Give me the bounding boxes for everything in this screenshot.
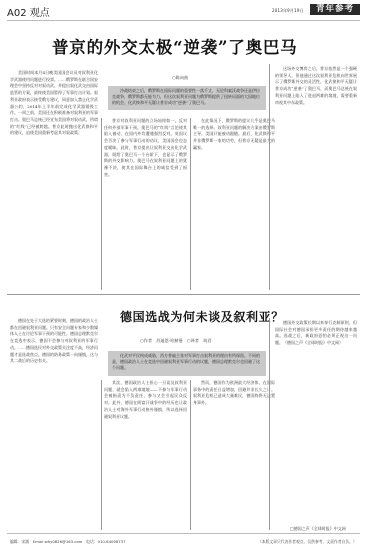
column-divider	[101, 118, 102, 290]
column-divider	[101, 380, 102, 530]
source-credit: □德国之声《全球时报》中文网	[290, 526, 346, 532]
article2-paragraph: 其次，德国政治人士担心一旦谈及叙利亚问题，就会陷入两难境地——不参与军事行动会被…	[104, 380, 187, 420]
article1-column-1: 美国时间本月4日晚美国国会议员对叙利亚化学武器使用问题进行投票。……俄罗斯在联合…	[10, 70, 98, 290]
masthead-logo: 青年参考	[310, 4, 360, 15]
article1-byline: ○陈向曲	[172, 75, 188, 81]
article2-column-3: 然而，德国作为欧洲最大经济体，在国际事务中的责任日益增加，回避并非长久之计。叙利…	[193, 380, 275, 530]
issue-date: 2013年9月19日	[272, 8, 304, 14]
article2-column-2: 其次，德国政治人士担心一旦谈及叙利亚问题，就会陷入两难境地——不参与军事行动会被…	[104, 380, 187, 530]
page-header: A02 观点 2013年9月19日 青年参考	[7, 0, 360, 21]
article1-paragraph: 这场外交博弈之后，普京依然是一个强硬的领导人，但他通过这次叙利亚危机向世界展示了…	[275, 66, 357, 106]
column-divider	[269, 64, 270, 290]
article2-paragraph: 然而，德国作为欧洲最大经济体，在国际事务中的责任日益增加，回避并非长久之计。叙利…	[193, 380, 275, 407]
article1-column-2: 普京对叙利亚问题的立场始终如一，反对任何外部军事干预。奥巴马的“红线”言论使其陷…	[104, 118, 187, 290]
article1-headline: 普京的外交太极“逆袭”了奥巴马	[52, 34, 297, 58]
section-label: A02 观点	[7, 4, 50, 19]
article1-paragraph: 普京对叙利亚问题的立场始终如一，反对任何外部军事干预。奥巴马的“红线”言论使其陷…	[104, 118, 187, 178]
section-divider	[7, 294, 360, 295]
article2-column-1: 德国在处于大选的紧要时刻，德国的政治人士都在回避叙利亚问题。只有安全问题专家和少…	[10, 318, 98, 530]
column-divider	[269, 318, 270, 530]
article1-paragraph: 在此情况下，俄罗斯的提议几乎是奥巴马唯一的选择。叙利亚问题的解决方案由俄罗斯主导…	[193, 118, 275, 152]
disclaimer: （本版文章只代表作者观点，仅供参考，文责作者自负。）	[258, 539, 357, 545]
article1-paragraph: 美国时间本月4日晚美国国会议员对叙利亚化学武器使用问题进行投票。……俄罗斯在联合…	[10, 70, 98, 137]
editor-info: 编辑：宋涵 Email:why0826@163.com 电话：010-64098…	[10, 539, 126, 545]
article1-column-3: 在此情况下，俄罗斯的提议几乎是奥巴马唯一的选择。叙利亚问题的解决方案由俄罗斯主导…	[193, 118, 275, 290]
article2-byline: ○作者 苏迪恩·哈赫曼 ○译者 筑君	[140, 338, 211, 344]
article2-summary: 化武对平民构成威胁，西方普遍主张对军事打击叙利亚的理由有所保留。不同的是，德国政…	[108, 351, 266, 376]
article2-paragraph: 德国在处于大选的紧要时刻，德国的政治人士都在回避叙利亚问题。只有安全问题专家和少…	[10, 318, 98, 365]
footer-divider	[7, 533, 360, 534]
article2-column-4: 德国外交政策长期以来奉行克制原则，但国际社会对德国承担更多责任的期待越来越高。选…	[275, 320, 357, 524]
column-divider	[190, 380, 191, 530]
article1-summary: 冷战结束之后，俄罗斯在国际问题的重要性一落千丈，无论科索沃战争还是伊拉克战争，俄…	[108, 86, 266, 110]
article2-paragraph: 德国外交政策长期以来奉行克制原则，但国际社会对德国承担更多责任的期待越来越高。选…	[275, 320, 357, 347]
article2-headline: 德国选战为何未谈及叙利亚？	[120, 308, 284, 325]
article1-column-4: 这场外交博弈之后，普京依然是一个强硬的领导人，但他通过这次叙利亚危机向世界展示了…	[275, 66, 357, 290]
column-divider	[190, 118, 191, 290]
